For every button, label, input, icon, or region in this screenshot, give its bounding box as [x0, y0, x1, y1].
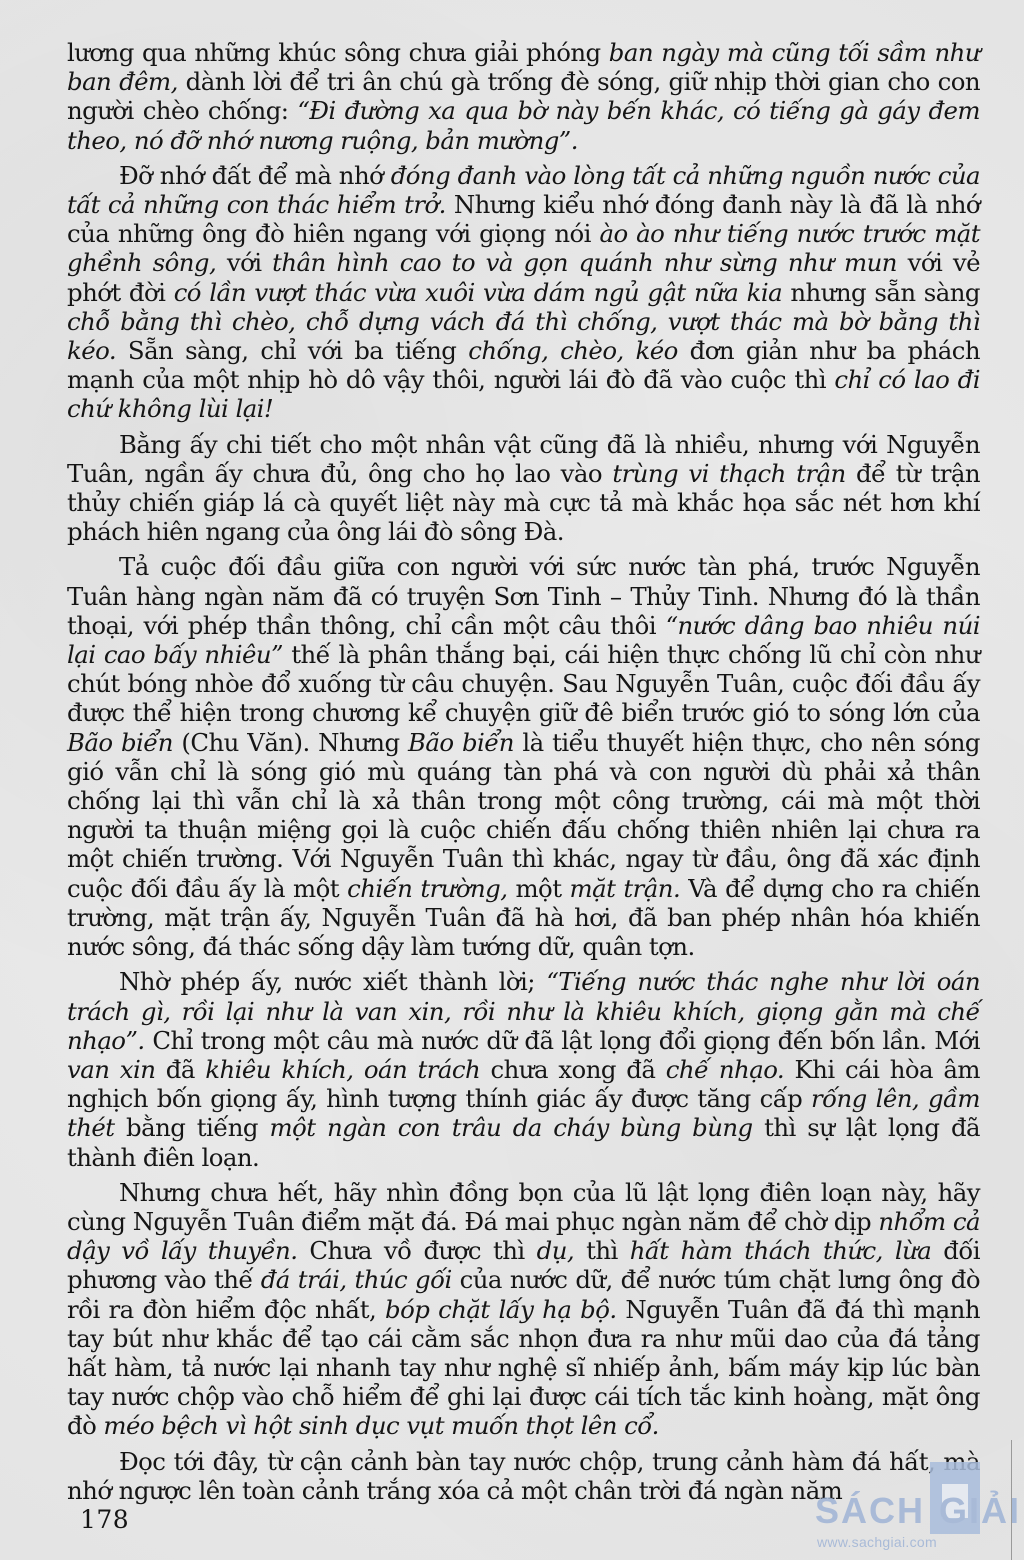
paragraph: lương qua những khúc sông chưa giải phón… — [67, 38, 980, 155]
italic-quote-run: Bão biển — [67, 728, 173, 757]
sachgiai-watermark: SÁCHGIẢI www.sachgiai.com — [815, 1490, 1024, 1560]
watermark-brand-right: GIẢI — [939, 1490, 1021, 1531]
watermark-url: www.sachgiai.com — [817, 1534, 937, 1550]
italic-quote-run: mặt trận. — [570, 874, 681, 903]
italic-quote-run: chế nhạo. — [666, 1055, 784, 1084]
text-run: Nhờ phép ấy, nước xiết thành lời; — [119, 967, 546, 996]
italic-quote-run: hất hàm thách thức, lừa — [630, 1236, 932, 1265]
italic-quote-run: thân hình cao to và gọn quánh như sừng n… — [272, 248, 897, 277]
text-run: thì — [574, 1236, 630, 1265]
italic-quote-run: chiến trường, — [347, 874, 507, 903]
text-run: Sẵn sàng, chỉ với ba tiếng — [116, 336, 468, 365]
italic-quote-run: khiêu khích, oán trách — [205, 1055, 480, 1084]
text-run: lương qua những khúc sông chưa giải phón… — [67, 38, 609, 67]
text-run: (Chu Văn). Nhưng — [173, 728, 408, 757]
italic-quote-run: chống, chèo, kéo — [468, 336, 678, 365]
text-run: Nhưng chưa hết, hãy nhìn đồng bọn của lũ… — [67, 1178, 980, 1236]
italic-quote-run: một ngàn con trâu da cháy bùng bùng — [269, 1113, 752, 1142]
italic-quote-run: đá trái, thúc gối — [261, 1265, 452, 1294]
text-run: chưa xong đã — [480, 1055, 666, 1084]
book-page-body: lương qua những khúc sông chưa giải phón… — [67, 38, 980, 1511]
paragraph: Nhờ phép ấy, nước xiết thành lời; “Tiếng… — [67, 967, 980, 1171]
text-run: bằng tiếng — [115, 1113, 270, 1142]
italic-quote-run: trùng vi thạch trận — [612, 459, 845, 488]
italic-quote-run: van xin — [67, 1055, 155, 1084]
italic-quote-run: có lần vượt thác vừa xuôi vừa dám ngủ gậ… — [174, 278, 782, 307]
italic-quote-run: bóp chặt lấy hạ bộ. — [385, 1295, 616, 1324]
text-run: với — [216, 248, 272, 277]
italic-quote-run: dụ, — [537, 1236, 574, 1265]
text-run: Chưa vồ được thì — [297, 1236, 536, 1265]
paragraph: Bằng ấy chi tiết cho một nhân vật cũng đ… — [67, 430, 980, 547]
watermark-brand-left: SÁCH — [815, 1490, 925, 1531]
watermark-brand: SÁCHGIẢI — [815, 1490, 1021, 1532]
paragraph: Đỡ nhớ đất để mà nhớ đóng đanh vào lòng … — [67, 161, 980, 424]
italic-quote-run: Bão biển — [408, 728, 514, 757]
text-run: Đỡ nhớ đất để mà nhớ — [119, 161, 391, 190]
italic-quote-run: méo bệch vì hột sinh dục vụt muốn thọt l… — [103, 1411, 658, 1440]
text-run: nhưng sẵn sàng — [782, 278, 980, 307]
paragraph: Tả cuộc đối đầu giữa con người với sức n… — [67, 552, 980, 961]
page-edge-line — [1011, 1440, 1012, 1560]
text-run: một — [507, 874, 569, 903]
text-run: Chỉ trong một câu mà nước dữ đã lật lọng… — [145, 1026, 980, 1055]
page-number: 178 — [80, 1505, 129, 1534]
paragraph: Nhưng chưa hết, hãy nhìn đồng bọn của lũ… — [67, 1178, 980, 1441]
text-run: đã — [155, 1055, 205, 1084]
